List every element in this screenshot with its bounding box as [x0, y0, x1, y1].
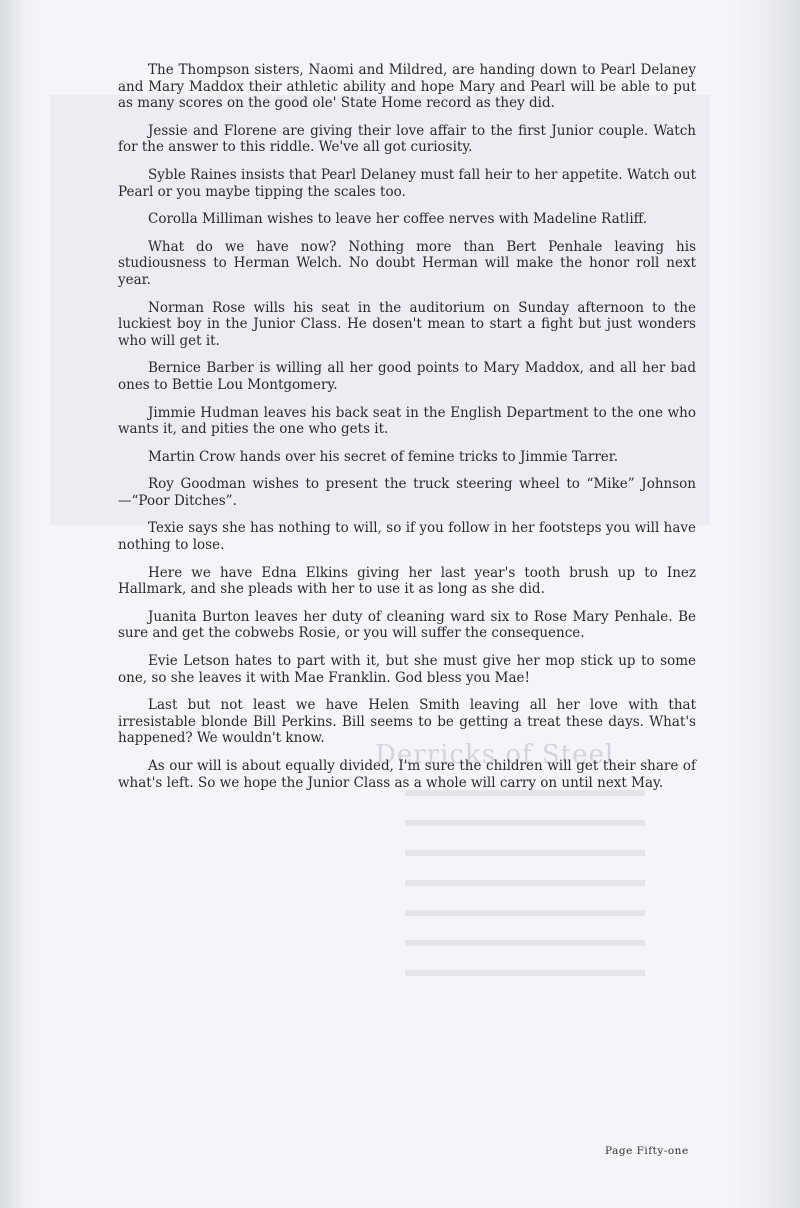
- paragraph: Syble Raines insists that Pearl Delaney …: [118, 167, 696, 200]
- paragraph: Evie Letson hates to part with it, but s…: [118, 653, 696, 686]
- paragraph: Juanita Burton leaves her duty of cleani…: [118, 609, 696, 642]
- paragraph: Roy Goodman wishes to present the truck …: [118, 476, 696, 509]
- paragraph: The Thompson sisters, Naomi and Mildred,…: [118, 62, 696, 112]
- paragraph: Martin Crow hands over his secret of fem…: [118, 449, 696, 466]
- paragraph: Jimmie Hudman leaves his back seat in th…: [118, 405, 696, 438]
- paragraph: What do we have now? Nothing more than B…: [118, 239, 696, 289]
- paragraph: Texie says she has nothing to will, so i…: [118, 520, 696, 553]
- paragraph: Bernice Barber is willing all her good p…: [118, 360, 696, 393]
- page-number: Page Fifty-one: [605, 1145, 689, 1157]
- class-will-text: The Thompson sisters, Naomi and Mildred,…: [118, 62, 696, 802]
- page-shadow-left: [0, 0, 40, 1208]
- paragraph: Last but not least we have Helen Smith l…: [118, 697, 696, 747]
- bleed-through-poem: [405, 790, 645, 1000]
- page-shadow-right: [730, 0, 800, 1208]
- paragraph: Corolla Milliman wishes to leave her cof…: [118, 211, 696, 228]
- paragraph: Jessie and Florene are giving their love…: [118, 123, 696, 156]
- paragraph: Norman Rose wills his seat in the audito…: [118, 300, 696, 350]
- paragraph: Here we have Edna Elkins giving her last…: [118, 565, 696, 598]
- paragraph: As our will is about equally divided, I'…: [118, 758, 696, 791]
